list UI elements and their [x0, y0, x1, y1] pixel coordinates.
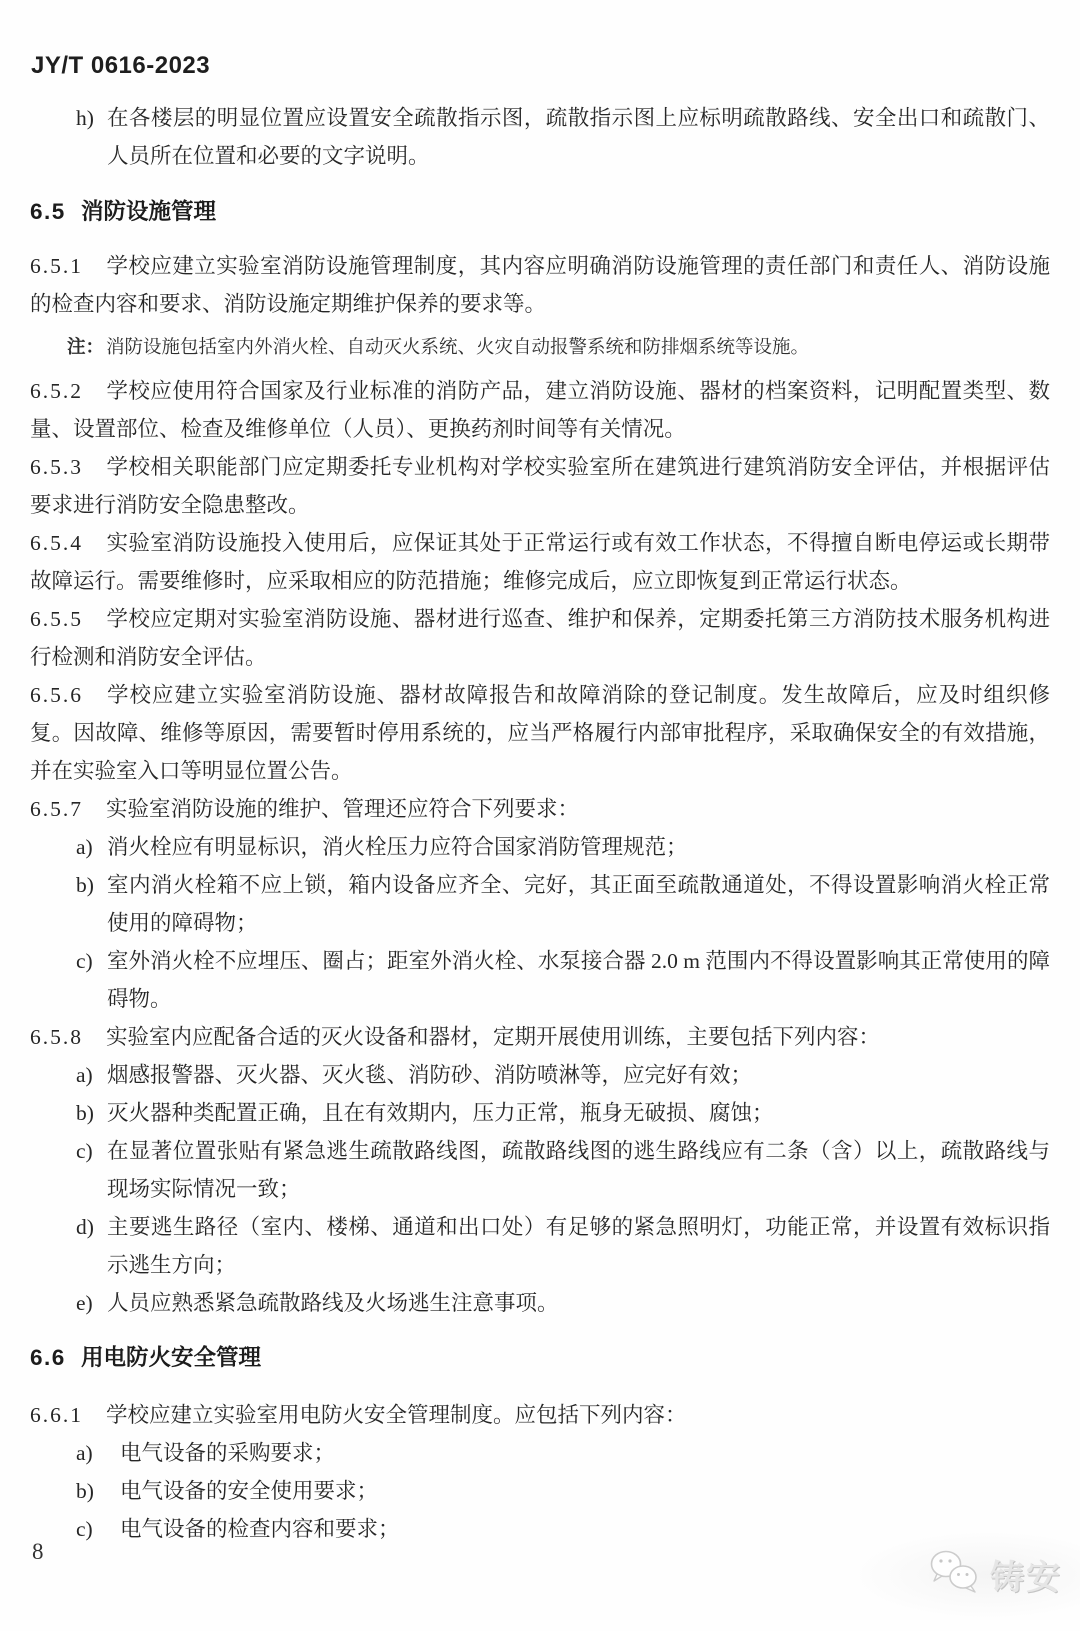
section-heading-6-6: 6.6用电防火安全管理: [30, 1339, 1050, 1377]
clause-6-5-4: 6.5.4实验室消防设施投入使用后，应保证其处于正常运行或有效工作状态，不得擅自…: [30, 524, 1050, 600]
document-page: JY/T 0616-2023 h) 在各楼层的明显位置应设置安全疏散指示图，疏散…: [0, 0, 1080, 1631]
clause-text: 学校应建立实验室用电防火安全管理制度。应包括下列内容：: [106, 1403, 687, 1427]
list-item-6-5-7-c: c) 室外消火栓不应埋压、圈占；距室外消火栓、水泵接合器 2.0 m 范围内不得…: [30, 942, 1050, 1018]
list-item-6-5-8-b: b) 灭火器种类配置正确，且在有效期内，压力正常，瓶身无破损、腐蚀；: [30, 1094, 1050, 1132]
clause-number: 6.6.1: [30, 1396, 106, 1434]
list-item-6-5-8-a: a) 烟感报警器、灭火器、灭火毯、消防砂、消防喷淋等，应完好有效；: [30, 1056, 1050, 1094]
list-item-text: 主要逃生路径（室内、楼梯、通道和出口处）有足够的紧急照明灯，功能正常，并设置有效…: [107, 1215, 1050, 1277]
list-item-6-5-8-c: c) 在显著位置张贴有紧急逃生疏散路线图，疏散路线图的逃生路线应有二条（含）以上…: [30, 1132, 1050, 1208]
list-item-text: 电气设备的采购要求；: [120, 1441, 335, 1465]
clause-6-5-1: 6.5.1学校应建立实验室消防设施管理制度，其内容应明确消防设施管理的责任部门和…: [30, 247, 1050, 323]
clause-text: 学校应建立实验室消防设施、器材故障报告和故障消除的登记制度。发生故障后，应及时组…: [30, 683, 1050, 783]
list-item-text: 烟感报警器、灭火器、灭火毯、消防砂、消防喷淋等，应完好有效；: [107, 1063, 752, 1087]
clause-number: 6.5.2: [30, 372, 106, 410]
section-number: 6.6: [30, 1339, 81, 1377]
clause-text: 学校应使用符合国家及行业标准的消防产品，建立消防设施、器材的档案资料，记明配置类…: [30, 379, 1050, 441]
list-item-label: b): [76, 866, 94, 904]
clause-6-5-2: 6.5.2学校应使用符合国家及行业标准的消防产品，建立消防设施、器材的档案资料，…: [30, 372, 1050, 448]
list-item-label: a): [76, 828, 93, 866]
list-item-text: 消火栓应有明显标识，消火栓压力应符合国家消防管理规范；: [107, 835, 688, 859]
list-item-6-6-1-a: a) 电气设备的采购要求；: [30, 1434, 1050, 1472]
list-item-label: c): [76, 1132, 93, 1170]
list-item-text: 灭火器种类配置正确，且在有效期内，压力正常，瓶身无破损、腐蚀；: [107, 1101, 774, 1125]
doc-code: JY/T 0616-2023: [31, 52, 210, 80]
clause-6-5-5: 6.5.5学校应定期对实验室消防设施、器材进行巡查、维护和保养，定期委托第三方消…: [30, 600, 1050, 676]
clause-text: 学校应定期对实验室消防设施、器材进行巡查、维护和保养，定期委托第三方消防技术服务…: [30, 607, 1050, 669]
list-item-text: 室内消火栓箱不应上锁，箱内设备应齐全、完好，其正面至疏散通道处，不得设置影响消火…: [107, 873, 1050, 935]
clause-number: 6.5.7: [30, 790, 106, 828]
clause-number: 6.5.3: [30, 448, 106, 486]
clause-number: 6.5.1: [30, 247, 106, 285]
section-title: 消防设施管理: [81, 199, 216, 224]
clause-number: 6.5.6: [30, 676, 106, 714]
list-item-label: b): [76, 1094, 94, 1132]
list-item-label: c): [76, 1510, 93, 1548]
list-item-label: d): [76, 1208, 94, 1246]
clause-text: 实验室消防设施投入使用后，应保证其处于正常运行或有效工作状态，不得擅自断电停运或…: [30, 531, 1050, 593]
clause-6-5-7: 6.5.7实验室消防设施的维护、管理还应符合下列要求：: [30, 790, 1050, 828]
watermark-shade: [850, 1530, 1080, 1620]
list-item-label: b): [76, 1472, 94, 1510]
section-heading-6-5: 6.5消防设施管理: [30, 193, 1050, 231]
clause-6-6-1: 6.6.1学校应建立实验室用电防火安全管理制度。应包括下列内容：: [30, 1396, 1050, 1434]
list-item-text: 人员应熟悉紧急疏散路线及火场逃生注意事项。: [107, 1291, 559, 1315]
list-item-text: 室外消火栓不应埋压、圈占；距室外消火栓、水泵接合器 2.0 m 范围内不得设置影…: [107, 949, 1050, 1011]
list-item-6-5-7-b: b) 室内消火栓箱不应上锁，箱内设备应齐全、完好，其正面至疏散通道处，不得设置影…: [30, 866, 1050, 942]
list-item-h: h) 在各楼层的明显位置应设置安全疏散指示图，疏散指示图上应标明疏散路线、安全出…: [30, 99, 1050, 175]
clause-text: 学校应建立实验室消防设施管理制度，其内容应明确消防设施管理的责任部门和责任人、消…: [30, 254, 1050, 316]
clause-text: 实验室消防设施的维护、管理还应符合下列要求：: [106, 797, 579, 821]
clause-text: 实验室内应配备合适的灭火设备和器材，定期开展使用训练，主要包括下列内容：: [106, 1025, 880, 1049]
list-item-text: 电气设备的检查内容和要求；: [120, 1517, 400, 1541]
clause-6-5-3: 6.5.3学校相关职能部门应定期委托专业机构对学校实验室所在建筑进行建筑消防安全…: [30, 448, 1050, 524]
list-item-6-5-8-d: d) 主要逃生路径（室内、楼梯、通道和出口处）有足够的紧急照明灯，功能正常，并设…: [30, 1208, 1050, 1284]
list-item-6-6-1-b: b) 电气设备的安全使用要求；: [30, 1472, 1050, 1510]
list-item-label: e): [76, 1284, 93, 1322]
list-item-6-5-7-a: a) 消火栓应有明显标识，消火栓压力应符合国家消防管理规范；: [30, 828, 1050, 866]
list-item-label: a): [76, 1056, 93, 1094]
section-title: 用电防火安全管理: [81, 1345, 261, 1370]
note-label: 注：: [67, 336, 104, 357]
list-item-6-5-8-e: e) 人员应熟悉紧急疏散路线及火场逃生注意事项。: [30, 1284, 1050, 1322]
note-text: 消防设施包括室内外消火栓、自动灭火系统、火灾自动报警系统和防排烟系统等设施。: [106, 338, 809, 358]
list-item-text: 在显著位置张贴有紧急逃生疏散路线图，疏散路线图的逃生路线应有二条（含）以上，疏散…: [107, 1139, 1050, 1201]
clause-6-5-6: 6.5.6学校应建立实验室消防设施、器材故障报告和故障消除的登记制度。发生故障后…: [30, 676, 1050, 790]
clause-text: 学校相关职能部门应定期委托专业机构对学校实验室所在建筑进行建筑消防安全评估，并根…: [30, 455, 1050, 517]
list-item-label: h): [76, 99, 94, 137]
list-item-label: c): [76, 942, 93, 980]
clause-number: 6.5.5: [30, 600, 106, 638]
note-6-5-1: 注：消防设施包括室内外消火栓、自动灭火系统、火灾自动报警系统和防排烟系统等设施。: [30, 328, 1050, 367]
list-item-text: 在各楼层的明显位置应设置安全疏散指示图，疏散指示图上应标明疏散路线、安全出口和疏…: [107, 106, 1050, 168]
list-item-text: 电气设备的安全使用要求；: [120, 1479, 378, 1503]
clause-number: 6.5.8: [30, 1018, 106, 1056]
list-item-label: a): [76, 1434, 93, 1472]
page-content: h) 在各楼层的明显位置应设置安全疏散指示图，疏散指示图上应标明疏散路线、安全出…: [30, 99, 1050, 1548]
page-number: 8: [32, 1539, 44, 1565]
section-number: 6.5: [30, 193, 81, 231]
clause-6-5-8: 6.5.8实验室内应配备合适的灭火设备和器材，定期开展使用训练，主要包括下列内容…: [30, 1018, 1050, 1056]
clause-number: 6.5.4: [30, 524, 106, 562]
